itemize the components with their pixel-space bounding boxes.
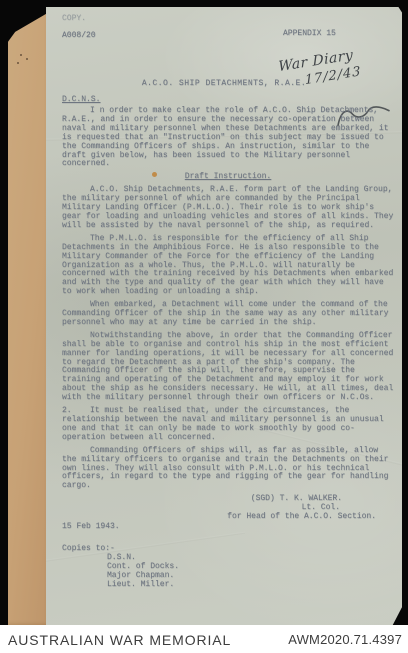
reference-number: A008/20 [62,32,96,41]
paragraph: Notwithstanding the above, in order that… [62,332,394,403]
scanned-document: COPY. A008/20 APPENDIX 15 War Diary 17/2… [0,0,408,653]
paragraph: A.C.O. Ship Detachments, R.A.E. form par… [62,186,394,231]
paragraph-text: Commanding Officers of ships will, as fa… [62,446,388,491]
document-body: I n order to make clear the role of A.C.… [62,107,394,589]
signature-block: (SGD) T. K. WALKER. Lt. Col. for Head of… [62,495,376,522]
paragraph: Commanding Officers of ships will, as fa… [62,447,394,492]
copies-list: D.S.N. Cont. of Docks. Major Chapman. Li… [107,554,394,590]
stain-speckle [20,54,22,56]
paragraph-text: A.C.O. Ship Detachments, R.A.E. form par… [62,185,393,230]
paragraph: When embarked, a Detachment will come un… [62,301,394,328]
catalog-number: AWM2020.71.4397 [288,625,402,653]
document-title: A.C.O. SHIP DETACHMENTS, R.A.E. [46,80,402,89]
stain-speckle [17,62,19,64]
paragraph-text: When embarked, a Detachment will come un… [62,300,388,327]
paragraph-text: Notwithstanding the above, in order that… [62,331,393,402]
copy-stamp: COPY. [62,15,86,24]
paragraph: The P.M.L.O. is responsible for the effi… [62,235,394,297]
paragraph-text: It must be realised that, under the circ… [62,406,384,442]
paragraph-number: 2. [62,407,72,416]
signer-title: for Head of the A.C.O. Section. [62,513,376,522]
draft-instruction-heading: Draft Instruction. [62,173,394,182]
paragraph-text: The P.M.L.O. is responsible for the effi… [62,234,393,296]
paper: COPY. A008/20 APPENDIX 15 War Diary 17/2… [46,7,402,625]
addressee: D.C.N.S. [62,96,100,105]
awm-footer: AUSTRALIAN WAR MEMORIAL AWM2020.71.4397 [0,625,408,653]
appendix-label: APPENDIX 15 [283,30,336,39]
document-date: 15 Feb 1943. [62,523,394,532]
stain-speckle [26,58,28,60]
paragraph: 2.It must be realised that, under the ci… [62,407,394,443]
intro-paragraph: I n order to make clear the role of A.C.… [62,107,394,169]
copy-recipient: Lieut. Miller. [107,581,394,590]
institution-name: AUSTRALIAN WAR MEMORIAL [8,625,231,653]
